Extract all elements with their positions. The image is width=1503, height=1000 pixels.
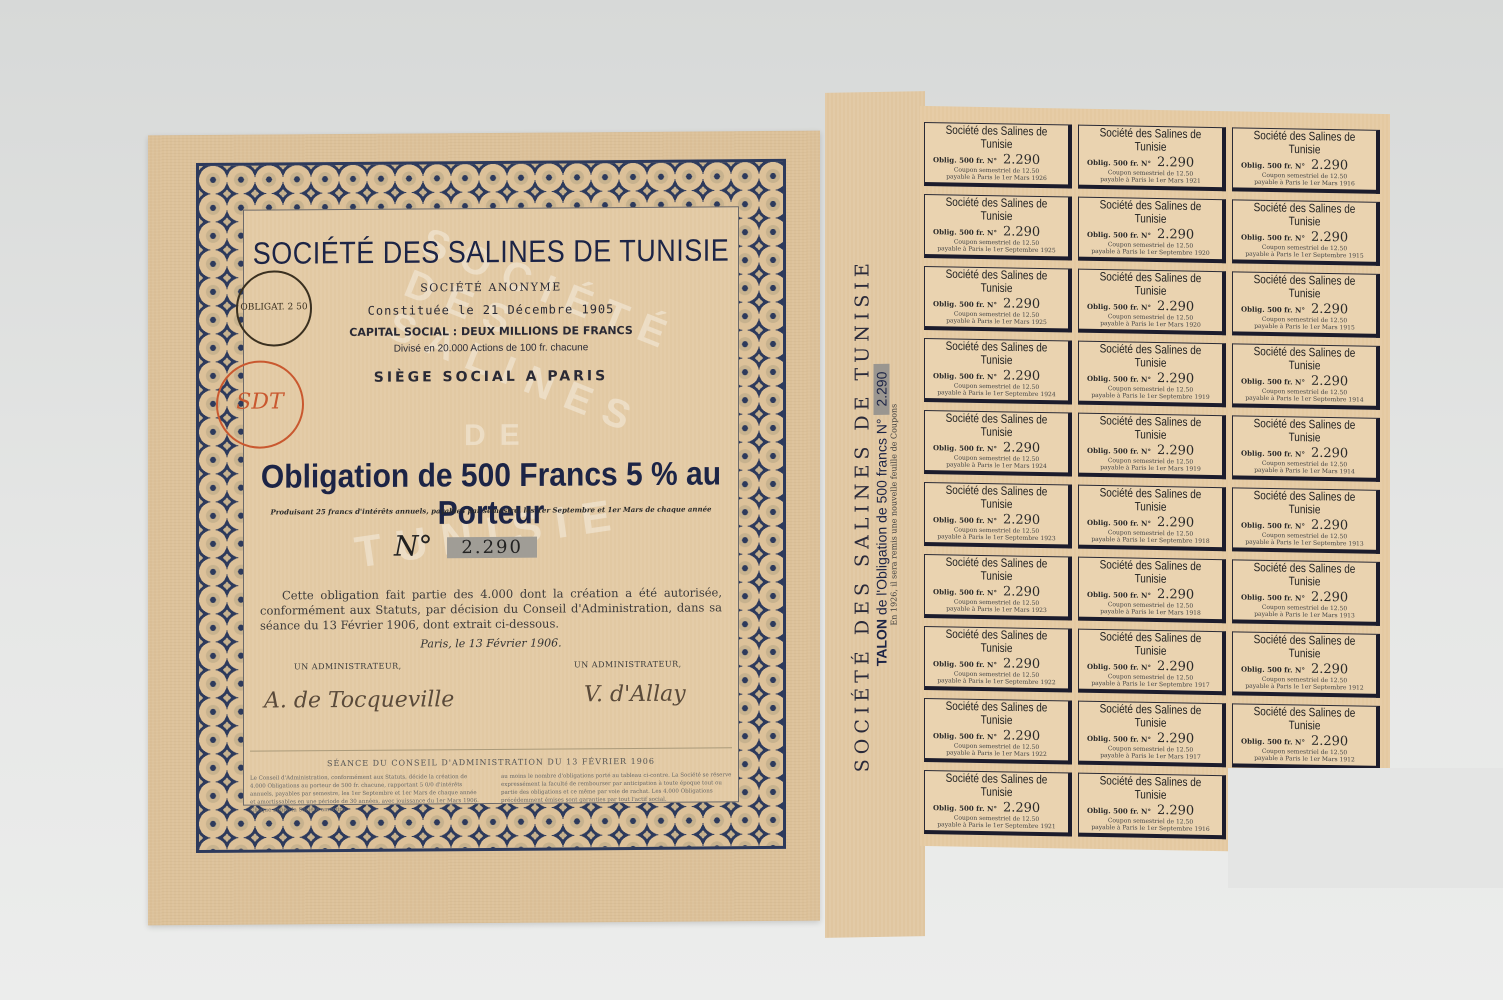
coupon-header: Société des Salines de Tunisie — [929, 412, 1064, 441]
coupon-header: Société des Salines de Tunisie — [1237, 417, 1372, 446]
coupon-number-line: Oblig. 500 fr. N°2.290 — [1083, 658, 1218, 675]
coupon: Société des Salines de TunisieOblig. 500… — [1078, 413, 1226, 480]
coupon-number-line: Oblig. 500 fr. N°2.290 — [1237, 156, 1372, 173]
coupon-header: Société des Salines de Tunisie — [1083, 559, 1218, 588]
coupon-header: Société des Salines de Tunisie — [1237, 345, 1372, 374]
coupon-pay-date: payable à Paris le 1er Mars 1917 — [1083, 752, 1218, 761]
coupon-pay-date: payable à Paris le 1er Mars 1926 — [929, 173, 1064, 182]
coupon-pay-date: payable à Paris le 1er Mars 1913 — [1237, 610, 1372, 619]
coupon-pay-date: payable à Paris le 1er Septembre 1921 — [929, 821, 1064, 830]
coupon: Société des Salines de TunisieOblig. 500… — [1232, 703, 1380, 770]
coupon: Société des Salines de TunisieOblig. 500… — [1232, 271, 1380, 338]
bond-number: N° 2.290 — [394, 529, 537, 563]
coupon-header: Société des Salines de Tunisie — [1237, 561, 1372, 590]
coupon-header: Société des Salines de Tunisie — [929, 484, 1064, 513]
talon-note: En 1926, il sera remis une nouvelle feui… — [890, 257, 899, 771]
seance-title: SÉANCE DU CONSEIL D'ADMINISTRATION DU 13… — [250, 756, 732, 768]
coupon: Société des Salines de TunisieOblig. 500… — [1078, 629, 1226, 696]
coupon-header: Société des Salines de Tunisie — [929, 196, 1064, 225]
coupon-number-line: Oblig. 500 fr. N°2.290 — [929, 151, 1064, 168]
coupon-number-line: Oblig. 500 fr. N°2.290 — [1083, 298, 1218, 315]
coupon-pay-date: payable à Paris le 1er Septembre 1912 — [1237, 682, 1372, 691]
coupon-pay-date: payable à Paris le 1er Septembre 1924 — [929, 389, 1064, 398]
coupon-pay-date: payable à Paris le 1er Mars 1921 — [1083, 176, 1218, 185]
coupon: Société des Salines de TunisieOblig. 500… — [1232, 127, 1380, 194]
coupon-header: Société des Salines de Tunisie — [929, 124, 1064, 153]
bond-title: Obligation de 500 Francs 5 % au Porteur — [244, 456, 738, 534]
coupon-pay-date: payable à Paris le 1er Mars 1916 — [1237, 178, 1372, 187]
place-date: Paris, le 13 Février 1906. — [244, 635, 738, 651]
coupon: Société des Salines de TunisieOblig. 500… — [1232, 199, 1380, 266]
talon-company: SOCIÉTÉ DES SALINES DE TUNISIE — [852, 258, 874, 772]
coupon: Société des Salines de TunisieOblig. 500… — [1078, 557, 1226, 624]
coupon-pay-date: payable à Paris le 1er Mars 1914 — [1237, 466, 1372, 475]
coupon-number-line: Oblig. 500 fr. N°2.290 — [1237, 660, 1372, 677]
coupon-number-line: Oblig. 500 fr. N°2.290 — [1237, 444, 1372, 461]
coupon-number-line: Oblig. 500 fr. N°2.290 — [1237, 300, 1372, 317]
coupon: Société des Salines de TunisieOblig. 500… — [924, 410, 1072, 477]
coupon-pay-date: payable à Paris le 1er Septembre 1914 — [1237, 394, 1372, 403]
coupon: Société des Salines de TunisieOblig. 500… — [1078, 701, 1226, 768]
coupon-header: Société des Salines de Tunisie — [1237, 633, 1372, 662]
talon-strip: SOCIÉTÉ DES SALINES DE TUNISIE TALON de … — [825, 91, 925, 938]
coupon: Société des Salines de TunisieOblig. 500… — [924, 122, 1072, 189]
seance-left-text: Le Conseil d'Administration, conformémen… — [250, 773, 481, 815]
coupon-grid: Société des Salines de TunisieOblig. 500… — [924, 122, 1380, 842]
coupon: Société des Salines de TunisieOblig. 500… — [1232, 415, 1380, 482]
coupon-number-line: Oblig. 500 fr. N°2.290 — [929, 223, 1064, 240]
coupon: Société des Salines de TunisieOblig. 500… — [1078, 125, 1226, 192]
coupon-number-line: Oblig. 500 fr. N°2.290 — [1083, 802, 1218, 819]
coupon-header: Société des Salines de Tunisie — [1083, 775, 1218, 804]
coupon: Société des Salines de TunisieOblig. 500… — [1232, 631, 1380, 698]
coupon: Société des Salines de TunisieOblig. 500… — [924, 482, 1072, 549]
coupon-pay-date: payable à Paris le 1er Septembre 1915 — [1237, 250, 1372, 259]
coupon: Société des Salines de TunisieOblig. 500… — [1078, 197, 1226, 264]
coupon-header: Société des Salines de Tunisie — [929, 268, 1064, 297]
coupon-header: Société des Salines de Tunisie — [1083, 271, 1218, 300]
coupon-sheet: Société des Salines de TunisieOblig. 500… — [920, 106, 1390, 854]
coupon-header: Société des Salines de Tunisie — [1237, 489, 1372, 518]
coupon: Société des Salines de TunisieOblig. 500… — [924, 626, 1072, 693]
coupon-header: Société des Salines de Tunisie — [929, 700, 1064, 729]
coupon-pay-date: payable à Paris le 1er Mars 1923 — [929, 605, 1064, 614]
ornamental-border: SOCIÉTÉ DES SALINES DE TUNISIE SOCIÉTÉ D… — [196, 159, 786, 853]
coupon-pay-date: payable à Paris le 1er Mars 1912 — [1237, 754, 1372, 763]
number-value: 2.290 — [447, 537, 537, 559]
coupon-header: Société des Salines de Tunisie — [929, 340, 1064, 369]
authorization-paragraph: Cette obligation fait partie des 4.000 d… — [260, 585, 722, 633]
coupon-number-line: Oblig. 500 fr. N°2.290 — [1083, 370, 1218, 387]
coupon-pay-date: payable à Paris le 1er Septembre 1919 — [1083, 392, 1218, 401]
coupon-number-line: Oblig. 500 fr. N°2.290 — [929, 583, 1064, 600]
coupon-pay-date: payable à Paris le 1er Mars 1920 — [1083, 320, 1218, 329]
signature-left: A. de Tocqueville — [264, 687, 454, 713]
coupon-header: Société des Salines de Tunisie — [1083, 487, 1218, 516]
coupon-number-line: Oblig. 500 fr. N°2.290 — [929, 799, 1064, 816]
coupon-pay-date: payable à Paris le 1er Mars 1925 — [929, 317, 1064, 326]
coupon: Société des Salines de TunisieOblig. 500… — [1078, 269, 1226, 336]
coupon-header: Société des Salines de Tunisie — [1083, 415, 1218, 444]
coupon-number-line: Oblig. 500 fr. N°2.290 — [1083, 514, 1218, 531]
coupon-header: Société des Salines de Tunisie — [1083, 343, 1218, 372]
talon-word: TALON — [874, 618, 890, 665]
coupon-header: Société des Salines de Tunisie — [1237, 705, 1372, 734]
seance-right-text: au moins le nombre d'obligations porté a… — [501, 771, 732, 813]
coupon: Société des Salines de TunisieOblig. 500… — [924, 554, 1072, 621]
admin-right-label: UN ADMINISTRATEUR, — [574, 660, 682, 670]
detached-coupon-gap — [1228, 768, 1503, 888]
coupon-number-line: Oblig. 500 fr. N°2.290 — [929, 655, 1064, 672]
coupon-number-line: Oblig. 500 fr. N°2.290 — [929, 295, 1064, 312]
coupon-pay-date: payable à Paris le 1er Septembre 1923 — [929, 533, 1064, 542]
admin-left-label: UN ADMINISTRATEUR, — [294, 662, 402, 672]
coupon-header: Société des Salines de Tunisie — [929, 628, 1064, 657]
company-type: SOCIÉTÉ ANONYME — [244, 279, 738, 295]
watermark: DE — [464, 419, 534, 453]
coupon-header: Société des Salines de Tunisie — [1083, 199, 1218, 228]
talon-number: 2.290 — [874, 363, 890, 414]
company-title: SOCIÉTÉ DES SALINES DE TUNISIE — [244, 233, 738, 272]
coupon-header: Société des Salines de Tunisie — [1083, 631, 1218, 660]
coupon: Société des Salines de TunisieOblig. 500… — [1078, 485, 1226, 552]
signature-right: V. d'Allay — [584, 682, 686, 708]
coupon-number-line: Oblig. 500 fr. N°2.290 — [1237, 372, 1372, 389]
coupon: Société des Salines de TunisieOblig. 500… — [1078, 341, 1226, 408]
coupon-pay-date: payable à Paris le 1er Mars 1922 — [929, 749, 1064, 758]
coupon-number-line: Oblig. 500 fr. N°2.290 — [1237, 516, 1372, 533]
coupon-pay-date: payable à Paris le 1er Septembre 1920 — [1083, 248, 1218, 257]
coupon: Société des Salines de TunisieOblig. 500… — [1232, 559, 1380, 626]
coupon-pay-date: payable à Paris le 1er Septembre 1925 — [929, 245, 1064, 254]
coupon: Société des Salines de TunisieOblig. 500… — [924, 338, 1072, 405]
coupon-header: Société des Salines de Tunisie — [1083, 703, 1218, 732]
coupon-pay-date: payable à Paris le 1er Mars 1919 — [1083, 464, 1218, 473]
coupon-pay-date: payable à Paris le 1er Septembre 1922 — [929, 677, 1064, 686]
coupon-number-line: Oblig. 500 fr. N°2.290 — [1083, 442, 1218, 459]
coupon-pay-date: payable à Paris le 1er Septembre 1916 — [1083, 824, 1218, 833]
coupon-number-line: Oblig. 500 fr. N°2.290 — [1237, 732, 1372, 749]
coupon-number-line: Oblig. 500 fr. N°2.290 — [929, 367, 1064, 384]
coupon-header: Société des Salines de Tunisie — [1083, 127, 1218, 156]
coupon-header: Société des Salines de Tunisie — [929, 772, 1064, 801]
coupon: Société des Salines de TunisieOblig. 500… — [924, 770, 1072, 837]
coupon: Société des Salines de TunisieOblig. 500… — [1078, 773, 1226, 840]
coupon: Société des Salines de TunisieOblig. 500… — [1232, 487, 1380, 554]
coupon-pay-date: payable à Paris le 1er Mars 1924 — [929, 461, 1064, 470]
coupon: Société des Salines de TunisieOblig. 500… — [924, 194, 1072, 261]
number-label: N° — [394, 529, 433, 562]
coupon-pay-date: payable à Paris le 1er Mars 1915 — [1237, 322, 1372, 331]
talon-description: TALON de l'Obligation de 500 francs N° 2… — [874, 257, 890, 771]
coupon-number-line: Oblig. 500 fr. N°2.290 — [929, 439, 1064, 456]
coupon-number-line: Oblig. 500 fr. N°2.290 — [1083, 730, 1218, 747]
coupon-header: Société des Salines de Tunisie — [1237, 273, 1372, 302]
coupon-number-line: Oblig. 500 fr. N°2.290 — [1083, 226, 1218, 243]
coupon-number-line: Oblig. 500 fr. N°2.290 — [1083, 154, 1218, 171]
coupon-pay-date: payable à Paris le 1er Septembre 1913 — [1237, 538, 1372, 547]
coupon-number-line: Oblig. 500 fr. N°2.290 — [1237, 588, 1372, 605]
coupon-number-line: Oblig. 500 fr. N°2.290 — [1237, 228, 1372, 245]
coupon: Société des Salines de TunisieOblig. 500… — [924, 266, 1072, 333]
coupon: Société des Salines de TunisieOblig. 500… — [1232, 343, 1380, 410]
coupon-header: Société des Salines de Tunisie — [1237, 129, 1372, 158]
coupon-pay-date: payable à Paris le 1er Septembre 1917 — [1083, 680, 1218, 689]
bond-certificate: SOCIÉTÉ DES SALINES DE TUNISIE SOCIÉTÉ D… — [148, 131, 820, 926]
coupon-pay-date: payable à Paris le 1er Mars 1918 — [1083, 608, 1218, 617]
board-meeting-extract: SÉANCE DU CONSEIL D'ADMINISTRATION DU 13… — [250, 747, 732, 796]
coupon-header: Société des Salines de Tunisie — [1237, 201, 1372, 230]
coupon-pay-date: payable à Paris le 1er Septembre 1918 — [1083, 536, 1218, 545]
coupon-number-line: Oblig. 500 fr. N°2.290 — [1083, 586, 1218, 603]
coupon: Société des Salines de TunisieOblig. 500… — [924, 698, 1072, 765]
certificate-body: SOCIÉTÉ DES SALINES DE TUNISIE SOCIÉTÉ D… — [243, 206, 739, 805]
coupon-header: Société des Salines de Tunisie — [929, 556, 1064, 585]
coupon-number-line: Oblig. 500 fr. N°2.290 — [929, 727, 1064, 744]
coupon-number-line: Oblig. 500 fr. N°2.290 — [929, 511, 1064, 528]
